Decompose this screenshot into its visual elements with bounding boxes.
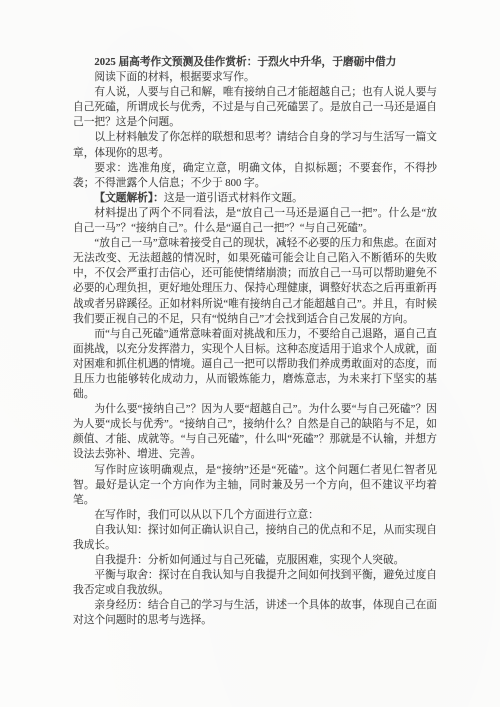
document-paragraph: 而“与自己死磕”通常意味着面对挑战和压力，不要给自己退路，逼自己直面挑战，以充分… [73, 327, 437, 402]
paragraph-text: 亲身经历：结合自己的学习与生活，讲述一个具体的故事，体现自己在面对这个问题时的思… [73, 599, 437, 626]
paragraph-text: 在写作时，我们可以从以下几个方面进行立意： [94, 509, 318, 521]
paragraph-text: 阅读下面的材料，根据要求写作。 [94, 71, 254, 83]
document-paragraph: “放自己一马”意味着接受自己的现状，减轻不必要的压力和焦虑。在面对无法改变、无法… [73, 236, 437, 327]
paragraph-text: 平衡与取舍：探讨在自我认知与自我提升之间如何找到平衡，避免过度自我否定或自我放纵… [73, 569, 437, 596]
paragraph-text: 以上材料触发了你怎样的联想和思考？请结合自身的学习与生活写一篇文章，体现你的思考… [73, 131, 437, 158]
document-page: 2025 届高考作文预测及佳作赏析：于烈火中升华，于磨砺中借力 阅读下面的材料，… [0, 0, 500, 707]
document-paragraph: 写作时应该明确观点，是“接纳”还是“死磕”。这个问题仁者见仁智者见智。最好是认定… [73, 463, 437, 508]
paragraph-text: 要求：选准角度，确定立意，明确文体，自拟标题；不要套作，不得抄袭；不得泄露个人信… [73, 162, 437, 189]
document-paragraph: 有人说，人要与自己和解，唯有接纳自己才能超越自己；也有人说人要与自己死磕，所谓成… [73, 85, 437, 130]
document-paragraph: 自我认知：探讨如何正确认识自己，接纳自己的优点和不足，从而实现自我成长。 [73, 523, 437, 553]
document-paragraph: 自我提升：分析如何通过与自己死磕，克服困难，实现个人突破。 [73, 553, 437, 568]
paragraph-text: 为什么要“接纳自己”？因为人要“超越自己”。为什么要“与自己死磕”？因为人要“成… [73, 403, 437, 460]
paragraph-text: “放自己一马”意味着接受自己的现状，减轻不必要的压力和焦虑。在面对无法改变、无法… [73, 237, 437, 324]
document-title: 2025 届高考作文预测及佳作赏析：于烈火中升华，于磨砺中借力 [73, 55, 437, 70]
document-paragraph: 平衡与取舍：探讨在自我认知与自我提升之间如何找到平衡，避免过度自我否定或自我放纵… [73, 568, 437, 598]
document-paragraph: 【文题解析】：这是一道引语式材料作文题。 [73, 191, 437, 206]
paragraph-text: 写作时应该明确观点，是“接纳”还是“死磕”。这个问题仁者见仁智者见智。最好是认定… [73, 464, 437, 506]
document-paragraph: 为什么要“接纳自己”？因为人要“超越自己”。为什么要“与自己死磕”？因为人要“成… [73, 402, 437, 462]
paragraph-text: 材料提出了两个不同看法，是“放自己一马还是逼自己一把”。什么是“放自己一马”？“… [73, 207, 437, 234]
paragraph-label: 【文题解析】： [94, 192, 163, 204]
paragraph-text: 这是一道引语式材料作文题。 [164, 192, 303, 204]
paragraph-text: 自我认知：探讨如何正确认识自己，接纳自己的优点和不足，从而实现自我成长。 [73, 524, 437, 551]
paragraph-text: 而“与自己死磕”通常意味着面对挑战和压力，不要给自己退路，逼自己直面挑战，以充分… [73, 328, 437, 400]
document-paragraph: 在写作时，我们可以从以下几个方面进行立意： [73, 508, 437, 523]
document-body: 2025 届高考作文预测及佳作赏析：于烈火中升华，于磨砺中借力 阅读下面的材料，… [73, 55, 437, 629]
document-paragraph: 以上材料触发了你怎样的联想和思考？请结合自身的学习与生活写一篇文章，体现你的思考… [73, 130, 437, 160]
document-paragraph: 阅读下面的材料，根据要求写作。 [73, 70, 437, 85]
paragraph-text: 自我提升：分析如何通过与自己死磕，克服困难，实现个人突破。 [94, 554, 404, 566]
document-paragraph: 要求：选准角度，确定立意，明确文体，自拟标题；不要套作，不得抄袭；不得泄露个人信… [73, 161, 437, 191]
paragraph-text: 有人说，人要与自己和解，唯有接纳自己才能超越自己；也有人说人要与自己死磕，所谓成… [73, 86, 437, 128]
document-paragraph: 材料提出了两个不同看法，是“放自己一马还是逼自己一把”。什么是“放自己一马”？“… [73, 206, 437, 236]
document-paragraph: 亲身经历：结合自己的学习与生活，讲述一个具体的故事，体现自己在面对这个问题时的思… [73, 598, 437, 628]
